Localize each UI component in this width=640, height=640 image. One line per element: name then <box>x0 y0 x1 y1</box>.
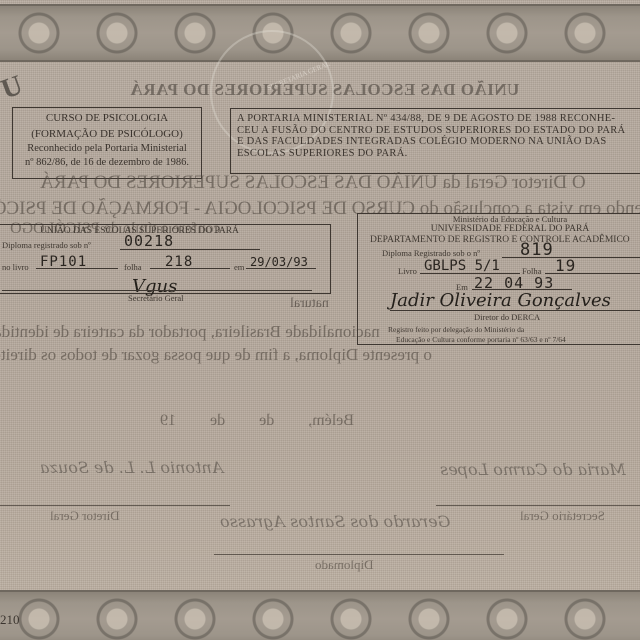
ufpa-signature: Jadir Oliveira Gonçalves <box>390 290 611 311</box>
uesp-diploma-label: Diploma registrado sob nº <box>2 240 91 250</box>
mirrored-diplomado-label: Diplomado <box>315 557 374 573</box>
ornamental-border-bottom <box>0 590 640 640</box>
portaria-line-1: A PORTARIA MINISTERIAL Nº 434/88, DE 9 D… <box>237 113 615 124</box>
ufpa-livro-value: GBLPS 5/1 <box>424 258 500 274</box>
uesp-diploma-value: 00218 <box>124 232 174 250</box>
uesp-em-line <box>246 268 316 269</box>
mirrored-secretario-label: Secretário Geral <box>520 508 605 524</box>
course-recognition-2: nº 862/86, de 16 de dezembro de 1986. <box>13 157 201 168</box>
portaria-line-3: E DAS FACULDADES INTEGRADAS COLÉGIO MODE… <box>237 136 607 147</box>
uesp-em-value: 29/03/93 <box>250 255 308 269</box>
portaria-line-2: CEU A FUSÃO DO CENTRO DE ESTUDOS SUPERIO… <box>237 125 625 136</box>
ufpa-diploma-label: Diploma Registrado sob o nº <box>382 248 480 258</box>
portaria-line-4: ESCOLAS SUPERIORES DO PARÁ. <box>237 148 408 159</box>
uesp-folha-label: folha <box>124 262 141 272</box>
diretor-signature-line <box>0 505 230 506</box>
course-recognition-1: Reconhecido pela Portaria Ministerial <box>13 143 201 154</box>
diplomado-signature-line <box>214 554 504 555</box>
mirrored-header: UNIÃO DAS ESCOLAS SUPERIORES DO PARÁ <box>130 80 519 100</box>
ufpa-signer-role: Diretor do DERCA <box>474 312 540 322</box>
uesp-diploma-line <box>120 249 260 250</box>
ufpa-ministry: Ministério da Educação e Cultura <box>380 214 640 224</box>
ufpa-livro-label: Livro <box>398 266 417 276</box>
course-title-2: (FORMAÇÃO DE PSICÓLOGO) <box>13 128 201 140</box>
ufpa-note-1: Registro feito por delegação do Ministér… <box>388 325 524 334</box>
serial-number: 210 <box>0 612 20 628</box>
uesp-signer-role: Secretário Geral <box>128 293 183 303</box>
mirrored-body-line-1: O Diretor Geral da UNIÃO DAS ESCOLAS SUP… <box>40 172 586 194</box>
uesp-folha-line <box>150 268 230 269</box>
ufpa-signature-line <box>390 310 640 311</box>
mirrored-date-line: Belém, de de 19 <box>160 412 354 430</box>
mirrored-diretor-label: Diretor Geral <box>50 508 120 524</box>
ufpa-university: UNIVERSIDADE FEDERAL DO PARÁ <box>380 224 640 234</box>
ufpa-folha-line <box>545 273 640 274</box>
uesp-signature-line <box>2 290 312 291</box>
ufpa-note-2: Educação e Cultura conforme portaria nº … <box>396 335 566 344</box>
portaria-box: A PORTARIA MINISTERIAL Nº 434/88, DE 9 D… <box>230 108 640 174</box>
uesp-em-label: em <box>234 262 244 272</box>
uesp-livro-label: no livro <box>2 262 29 272</box>
mirrored-diretor-signature: Antonio L. L. de Souza <box>40 458 223 477</box>
uesp-livro-line <box>36 268 118 269</box>
mirrored-body-line-6: o presente Diploma, a fim de que possa g… <box>0 345 432 365</box>
mirrored-natural: natural <box>290 296 329 312</box>
mirrored-diplomado-signature: Gerardo dos Santos Agrasso <box>220 512 450 531</box>
mirrored-secretario-signature: Maria do Carmo Lopes <box>440 460 626 479</box>
mirrored-body-line-5: nacionalidade Brasileira, portador da ca… <box>0 322 380 342</box>
secretario-signature-line <box>436 505 640 506</box>
course-box: CURSO DE PSICOLOGIA (FORMAÇÃO DE PSICÓLO… <box>12 107 202 179</box>
ufpa-department: DEPARTAMENTO DE REGISTRO E CONTROLE ACAD… <box>370 235 630 245</box>
course-title-1: CURSO DE PSICOLOGIA <box>13 112 201 124</box>
